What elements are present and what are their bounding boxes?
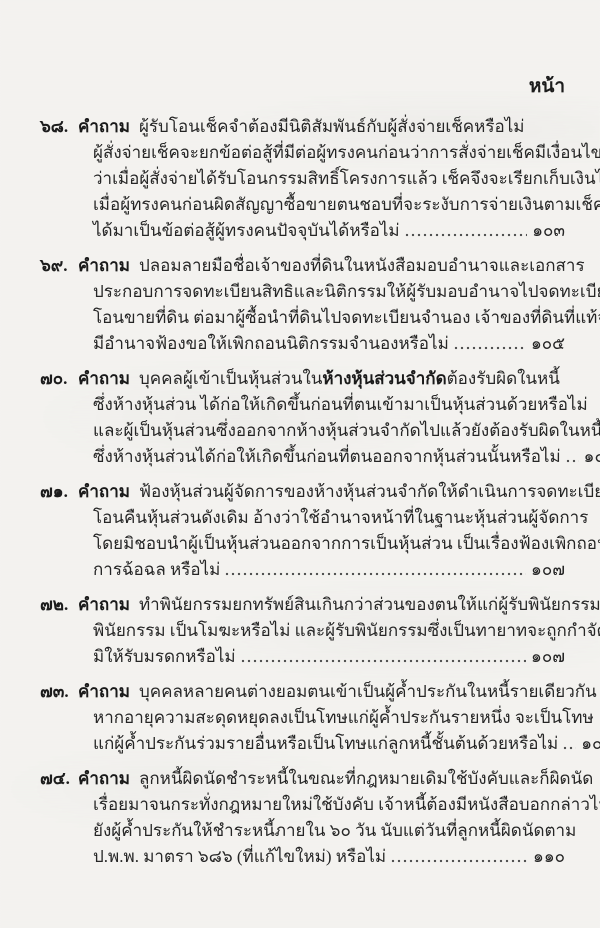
- item-number: ๗๓.: [40, 679, 78, 757]
- line-text: ผู้สั่งจ่ายเช็คจะยกข้อต่อสู้ที่มีต่อผู้ท…: [93, 143, 600, 162]
- item-text-line: และผู้เป็นหุ้นส่วนซึ่งออกจากห้างหุ้นส่วน…: [78, 418, 565, 444]
- item-text-line: ยังผู้ค้ำประกันให้ชำระหนี้ภายใน ๖๐ วัน น…: [78, 818, 565, 844]
- item-number: ๖๘.: [40, 114, 78, 244]
- item-lines: คำถามลูกหนี้ผิดนัดชำระหนี้ในขณะที่กฎหมาย…: [78, 766, 565, 870]
- line-text: คำถามบุคคลหลายคนต่างยอมตนเข้าเป็นผู้ค้ำป…: [78, 682, 597, 701]
- line-text: คำถามทำพินัยกรรมยกทรัพย์สินเกินกว่าส่วนข…: [78, 595, 600, 614]
- line-text: คำถามฟ้องหุ้นส่วนผู้จัดการของห้างหุ้นส่ว…: [78, 482, 600, 501]
- toc-item: ๗๔. คำถามลูกหนี้ผิดนัดชำระหนี้ในขณะที่กฎ…: [40, 766, 565, 870]
- question-label: คำถาม: [78, 482, 130, 501]
- page-number: ๑๐๗: [531, 644, 565, 670]
- line-text: โอนคืนหุ้นส่วนดังเดิม อ้างว่าใช้อำนาจหน้…: [93, 508, 588, 527]
- question-label: คำถาม: [78, 117, 130, 136]
- line-text: ซึ่งห้างหุ้นส่วน ได้ก่อให้เกิดขึ้นก่อนที…: [93, 395, 588, 414]
- item-text-line: หากอายุความสะดุดหยุดลงเป็นโทษแก่ผู้ค้ำปร…: [78, 705, 565, 731]
- line-text: แก่ผู้ค้ำประกันร่วมรายอื่นหรือเป็นโทษแก่…: [93, 731, 558, 757]
- line-text: มิให้รับมรดกหรือไม่: [93, 644, 236, 670]
- line-text: ได้มาเป็นข้อต่อสู้ผู้ทรงคนปัจจุบันได้หรื…: [93, 218, 400, 244]
- item-number: ๗๐.: [40, 366, 78, 470]
- line-text: ประกอบการจดทะเบียนสิทธิและนิติกรรมให้ผู้…: [93, 282, 600, 301]
- item-number: ๗๑.: [40, 479, 78, 583]
- item-text-line: คำถามผู้รับโอนเช็คจำต้องมีนิติสัมพันธ์กั…: [78, 114, 565, 140]
- line-text: คำถามปลอมลายมือชื่อเจ้าของที่ดินในหนังสื…: [78, 256, 585, 275]
- item-text-line: โดยมิชอบนำผู้เป็นหุ้นส่วนออกจากการเป็นหุ…: [78, 531, 565, 557]
- item-lines: คำถามปลอมลายมือชื่อเจ้าของที่ดินในหนังสื…: [78, 253, 565, 357]
- line-text: โดยมิชอบนำผู้เป็นหุ้นส่วนออกจากการเป็นหุ…: [93, 534, 600, 553]
- question-label: คำถาม: [78, 682, 130, 701]
- toc-list: ๖๘. คำถามผู้รับโอนเช็คจำต้องมีนิติสัมพัน…: [40, 114, 565, 870]
- item-number: ๗๔.: [40, 766, 78, 870]
- item-text-line: คำถามบุคคลหลายคนต่างยอมตนเข้าเป็นผู้ค้ำป…: [78, 679, 565, 705]
- item-text-line: คำถามฟ้องหุ้นส่วนผู้จัดการของห้างหุ้นส่ว…: [78, 479, 565, 505]
- item-text-line: คำถามลูกหนี้ผิดนัดชำระหนี้ในขณะที่กฎหมาย…: [78, 766, 565, 792]
- item-text-line: คำถามปลอมลายมือชื่อเจ้าของที่ดินในหนังสื…: [78, 253, 565, 279]
- toc-item: ๗๒. คำถามทำพินัยกรรมยกทรัพย์สินเกินกว่าส…: [40, 592, 565, 670]
- question-label: คำถาม: [78, 256, 130, 275]
- line-text: ป.พ.พ. มาตรา ๖๘๖ (ที่แก้ไขใหม่) หรือไม่: [93, 844, 386, 870]
- item-text-line: เมื่อผู้ทรงคนก่อนผิดสัญญาซื้อขายตนชอบที่…: [78, 192, 565, 218]
- item-text-line: โอนคืนหุ้นส่วนดังเดิม อ้างว่าใช้อำนาจหน้…: [78, 505, 565, 531]
- scanned-book-page: หน้า ๖๘. คำถามผู้รับโอนเช็คจำต้องมีนิติส…: [0, 0, 600, 870]
- dot-leader: [562, 731, 576, 757]
- dot-leader: [453, 331, 526, 357]
- item-text-line: ว่าเมื่อผู้สั่งจ่ายได้รับโอนกรรมสิทธิ์โค…: [78, 166, 565, 192]
- item-text-line: มิให้รับมรดกหรือไม่๑๐๗: [78, 644, 565, 670]
- toc-item: ๖๘. คำถามผู้รับโอนเช็คจำต้องมีนิติสัมพัน…: [40, 114, 565, 244]
- line-text: คำถามผู้รับโอนเช็คจำต้องมีนิติสัมพันธ์กั…: [78, 117, 524, 136]
- page-column-header: หน้า: [40, 74, 565, 100]
- item-text-line: ผู้สั่งจ่ายเช็คจะยกข้อต่อสู้ที่มีต่อผู้ท…: [78, 140, 565, 166]
- item-lines: คำถามฟ้องหุ้นส่วนผู้จัดการของห้างหุ้นส่ว…: [78, 479, 565, 583]
- page-number: ๑๐๓: [532, 218, 565, 244]
- item-number: ๗๒.: [40, 592, 78, 670]
- page-number: ๑๐๙: [581, 731, 600, 757]
- item-text-line: แก่ผู้ค้ำประกันร่วมรายอื่นหรือเป็นโทษแก่…: [78, 731, 565, 757]
- item-text-line: คำถามบุคคลผู้เข้าเป็นหุ้นส่วนในห้างหุ้นส…: [78, 366, 565, 392]
- line-text: เรื่อยมาจนกระทั่งกฎหมายใหม่ใช้บังคับ เจ้…: [93, 795, 600, 814]
- item-text-line: ประกอบการจดทะเบียนสิทธิและนิติกรรมให้ผู้…: [78, 279, 565, 305]
- line-text: และผู้เป็นหุ้นส่วนซึ่งออกจากห้างหุ้นส่วน…: [93, 421, 600, 440]
- page-number: ๑๐๕: [531, 331, 565, 357]
- line-text: มีอำนาจฟ้องขอให้เพิกถอนนิติกรรมจำนองหรือ…: [93, 331, 449, 357]
- question-label: คำถาม: [78, 369, 130, 388]
- line-text: คำถามบุคคลผู้เข้าเป็นหุ้นส่วนในห้างหุ้นส…: [78, 369, 560, 388]
- item-text-line: คำถามทำพินัยกรรมยกทรัพย์สินเกินกว่าส่วนข…: [78, 592, 565, 618]
- line-text: คำถามลูกหนี้ผิดนัดชำระหนี้ในขณะที่กฎหมาย…: [78, 769, 593, 788]
- item-text-line: โอนขายที่ดิน ต่อมาผู้ซื้อนำที่ดินไปจดทะเ…: [78, 305, 565, 331]
- item-lines: คำถามบุคคลหลายคนต่างยอมตนเข้าเป็นผู้ค้ำป…: [78, 679, 565, 757]
- page-number: ๑๐๗: [531, 557, 565, 583]
- dot-leader: [224, 557, 526, 583]
- page-number: ๑๐๕: [584, 444, 600, 470]
- dot-leader: [404, 218, 528, 244]
- toc-item: ๖๙. คำถามปลอมลายมือชื่อเจ้าของที่ดินในหน…: [40, 253, 565, 357]
- toc-item: ๗๓. คำถามบุคคลหลายคนต่างยอมตนเข้าเป็นผู้…: [40, 679, 565, 757]
- dot-leader: [240, 644, 526, 670]
- line-text: เมื่อผู้ทรงคนก่อนผิดสัญญาซื้อขายตนชอบที่…: [93, 195, 600, 214]
- dot-leader: [390, 844, 528, 870]
- page-number: ๑๑๐: [533, 844, 565, 870]
- question-label: คำถาม: [78, 769, 130, 788]
- toc-item: ๗๑. คำถามฟ้องหุ้นส่วนผู้จัดการของห้างหุ้…: [40, 479, 565, 583]
- line-text: ซึ่งห้างหุ้นส่วนได้ก่อให้เกิดขึ้นก่อนที่…: [93, 444, 561, 470]
- line-text: พินัยกรรม เป็นโมฆะหรือไม่ และผู้รับพินัย…: [93, 621, 600, 640]
- line-text: ยังผู้ค้ำประกันให้ชำระหนี้ภายใน ๖๐ วัน น…: [93, 821, 576, 840]
- item-text-line: การฉ้อฉล หรือไม่๑๐๗: [78, 557, 565, 583]
- question-label: คำถาม: [78, 595, 130, 614]
- item-text-line: ป.พ.พ. มาตรา ๖๘๖ (ที่แก้ไขใหม่) หรือไม่๑…: [78, 844, 565, 870]
- toc-item: ๗๐. คำถามบุคคลผู้เข้าเป็นหุ้นส่วนในห้างห…: [40, 366, 565, 470]
- line-text: ว่าเมื่อผู้สั่งจ่ายได้รับโอนกรรมสิทธิ์โค…: [93, 169, 600, 188]
- item-text-line: พินัยกรรม เป็นโมฆะหรือไม่ และผู้รับพินัย…: [78, 618, 565, 644]
- line-text: โอนขายที่ดิน ต่อมาผู้ซื้อนำที่ดินไปจดทะเ…: [93, 308, 600, 327]
- item-text-line: ได้มาเป็นข้อต่อสู้ผู้ทรงคนปัจจุบันได้หรื…: [78, 218, 565, 244]
- item-text-line: เรื่อยมาจนกระทั่งกฎหมายใหม่ใช้บังคับ เจ้…: [78, 792, 565, 818]
- dot-leader: [565, 444, 579, 470]
- item-lines: คำถามผู้รับโอนเช็คจำต้องมีนิติสัมพันธ์กั…: [78, 114, 565, 244]
- line-text: หากอายุความสะดุดหยุดลงเป็นโทษแก่ผู้ค้ำปร…: [93, 708, 594, 727]
- item-text-line: ซึ่งห้างหุ้นส่วน ได้ก่อให้เกิดขึ้นก่อนที…: [78, 392, 565, 418]
- item-text-line: มีอำนาจฟ้องขอให้เพิกถอนนิติกรรมจำนองหรือ…: [78, 331, 565, 357]
- item-lines: คำถามทำพินัยกรรมยกทรัพย์สินเกินกว่าส่วนข…: [78, 592, 565, 670]
- item-text-line: ซึ่งห้างหุ้นส่วนได้ก่อให้เกิดขึ้นก่อนที่…: [78, 444, 565, 470]
- item-lines: คำถามบุคคลผู้เข้าเป็นหุ้นส่วนในห้างหุ้นส…: [78, 366, 565, 470]
- line-text: การฉ้อฉล หรือไม่: [93, 557, 220, 583]
- item-number: ๖๙.: [40, 253, 78, 357]
